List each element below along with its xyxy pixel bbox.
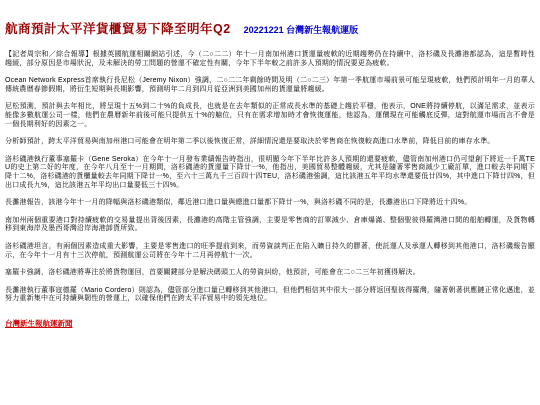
article-paragraph: Ocean Network Express首席執行長尼松（Jeremy Nixo… [5,77,535,94]
article-paragraph: 洛杉磯港執行董事塞羅卡（Gene Seroka）在今年十一月發布業績報告時指出，… [5,156,535,190]
article-paragraph: 分析師預計，跨太平洋貿易與南加州港口可能會在明年第二季以後恢復正常，詳細情況還是… [5,138,535,147]
article-paragraph: 尼松預測，預計與去年相比，將呈現十五%到二十%的負成長，也就是在去年類似的正常成… [5,103,535,129]
article-paragraph: 南加州兩個重要港口對持續疲軟的交易量提出背後因素，長灘港的高階主管強調，主要是零… [5,217,535,234]
article-paragraph: 長灘港執行董事寇德羅（Mario Cordero）則認為，儘管部分進口量已轉移到… [5,287,535,304]
article-paragraph: 【記者周宗和／綜合報導】根據英國航運相關網站引述，今（二○二二）年十一月南加州港… [5,51,535,68]
article-body: 【記者周宗和／綜合報導】根據英國航運相關網站引述，今（二○二二）年十一月南加州港… [5,51,535,304]
article-paragraph: 長灘港報告，該港今年十一月的降幅與洛杉磯港類似，鄰近港口進口量與總進口量都下降廿… [5,199,535,208]
article-title: 航商預計太平洋貨櫃貿易下降至明年Q2 [5,22,231,36]
article-paragraph: 洛杉磯港坦言，有兩個因素造成重大影響，主要是零售進口的旺季提前到來，而勞資談判正… [5,243,535,260]
article-date-source: 20221221 台灣新生報航運版 [244,25,359,35]
article-paragraph: 塞羅卡強調，洛杉磯港將專注於將貨物運回，首要關鍵部分是解決碼頭工人的勞資糾紛，他… [5,269,535,278]
shipping-news-link[interactable]: 台灣新生報航運新聞 [5,318,73,329]
page-title: 航商預計太平洋貨櫃貿易下降至明年Q2 20221221 台灣新生報航運版 [5,4,535,41]
